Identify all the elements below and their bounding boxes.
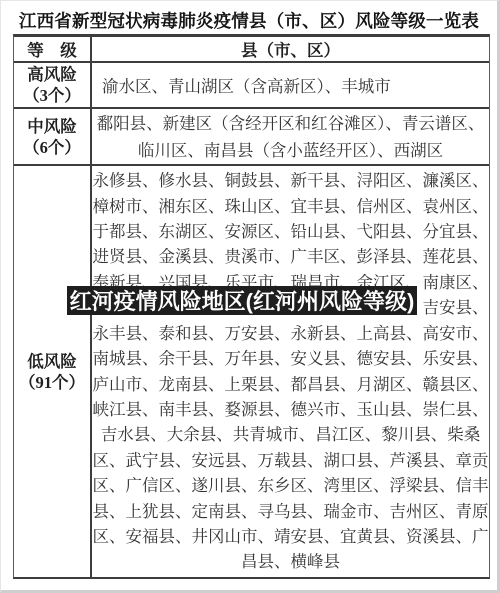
region-line: 于都县、东湖区、安源区、铅山县、弋阳县、分宜县、 — [92, 219, 489, 244]
region-line: 永丰县、泰和县、万安县、永新县、上高县、高安市、 — [92, 321, 489, 346]
low-risk-label: 低风险 — [27, 351, 77, 372]
region-line: 区、安福县、井冈山市、靖安县、宜黄县、资溪县、广 — [92, 524, 489, 549]
page-title: 江西省新型冠状病毒肺炎疫情县（市、区）风险等级一览表 — [1, 8, 497, 33]
watermark-caption-banner: 红河疫情风险地区(红河州风险等级) — [67, 286, 417, 315]
region-line: 临川区、南昌县（含小蓝经开区）、西湖区 — [92, 137, 489, 164]
region-line: 永修县、修水县、铜鼓县、新干县、浔阳区、濂溪区、 — [92, 168, 489, 193]
region-line: 峡江县、南丰县、婺源县、德兴市、玉山县、崇仁县、 — [92, 397, 489, 422]
high-risk-count: （3个） — [23, 85, 81, 106]
high-risk-label: 高风险 — [27, 64, 77, 85]
region-line: 鄱阳县、新建区（含经开区和红谷滩区）、青云谱区、 — [92, 110, 489, 137]
region-line: 区、广信区、遂川县、东乡区、湾里区、浮梁县、信丰 — [92, 473, 489, 498]
table-row-low-risk: 低风险 （91个） 永修县、修水县、铜鼓县、新干县、浔阳区、濂溪区、樟树市、湘东… — [14, 164, 489, 577]
low-risk-count: （91个） — [19, 372, 85, 393]
header-cell-level: 等 级 — [14, 37, 92, 61]
region-line: 樟树市、湘东区、珠山区、宜丰县、信州区、袁州区、 — [92, 194, 489, 219]
high-risk-level-cell: 高风险 （3个） — [14, 63, 92, 107]
table-row-medium-risk: 中风险 （6个） 鄱阳县、新建区（含经开区和红谷滩区）、青云谱区、临川区、南昌县… — [14, 107, 489, 164]
table-row-high-risk: 高风险 （3个） 渝水区、青山湖区（含高新区）、丰城市 — [14, 61, 489, 107]
region-line: 昌县、横峰县 — [92, 549, 489, 574]
document-page: 江西省新型冠状病毒肺炎疫情县（市、区）风险等级一览表 等 级 县（市、区） 高风… — [0, 0, 500, 593]
region-line: 南城县、余干县、万年县、安义县、德安县、乐安县、 — [92, 346, 489, 371]
region-line: 区、武宁县、安远县、万载县、湖口县、芦溪县、章贡 — [92, 448, 489, 473]
low-risk-regions-cell: 永修县、修水县、铜鼓县、新干县、浔阳区、濂溪区、樟树市、湘东区、珠山区、宜丰县、… — [92, 166, 489, 577]
region-line: 县、上犹县、定南县、寻乌县、瑞金市、吉州区、青原 — [92, 499, 489, 524]
medium-risk-count: （6个） — [23, 137, 81, 158]
region-line: 进贤县、金溪县、贵溪市、广丰区、彭泽县、莲花县、 — [92, 244, 489, 269]
medium-risk-level-cell: 中风险 （6个） — [14, 109, 92, 164]
low-risk-level-cell: 低风险 （91个） — [14, 166, 92, 577]
medium-risk-label: 中风险 — [27, 116, 77, 137]
high-risk-regions-cell: 渝水区、青山湖区（含高新区）、丰城市 — [92, 63, 489, 107]
header-cell-region: 县（市、区） — [92, 37, 489, 61]
table-header-row: 等 级 县（市、区） — [14, 37, 489, 61]
medium-risk-regions-cell: 鄱阳县、新建区（含经开区和红谷滩区）、青云谱区、临川区、南昌县（含小蓝经开区）、… — [92, 109, 489, 164]
region-line: 吉水县、大余县、共青城市、昌江区、黎川县、柴桑 — [92, 422, 489, 447]
region-line: 庐山市、龙南县、上栗县、都昌县、月湖区、赣县区、 — [92, 372, 489, 397]
